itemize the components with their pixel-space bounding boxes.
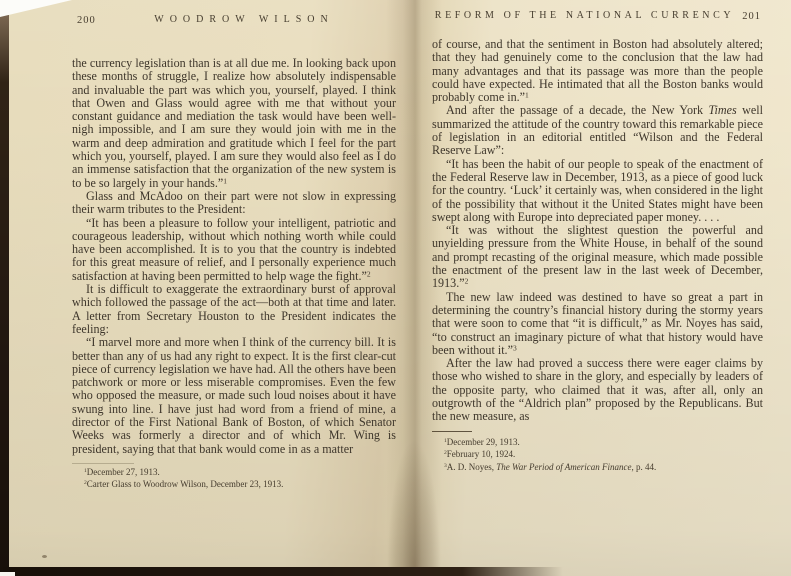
footnote: 3A. D. Noyes, The War Period of American… <box>432 461 763 474</box>
scan-corner-bottom-left <box>0 572 15 576</box>
right-page-footnotes: 1December 29, 1913. 2February 10, 1924. … <box>432 431 763 474</box>
paragraph: The new law indeed was destined to have … <box>432 291 763 357</box>
right-page-header: REFORM OF THE NATIONAL CURRENCY 201 <box>432 10 763 34</box>
footnote: 2February 10, 1924. <box>432 448 763 461</box>
paper-speck <box>42 555 47 558</box>
book-cover-edge-left <box>0 15 9 576</box>
paragraph: Glass and McAdoo on their part were not … <box>72 190 396 217</box>
paragraph: After the law had proved a success there… <box>432 357 763 423</box>
paragraph: And after the passage of a decade, the N… <box>432 104 763 157</box>
right-page-body: of course, and that the sentiment in Bos… <box>432 38 763 424</box>
left-page-number: 200 <box>77 15 96 26</box>
paragraph: It is difficult to exaggerate the extrao… <box>72 283 396 336</box>
left-page-footnotes: 1December 27, 1913. 2Carter Glass to Woo… <box>72 463 396 491</box>
gutter-shadow <box>386 0 442 576</box>
paragraph: the currency legislation than is at all … <box>72 57 396 190</box>
right-page: REFORM OF THE NATIONAL CURRENCY 201 of c… <box>432 10 763 473</box>
footnote: 2Carter Glass to Woodrow Wilson, Decembe… <box>72 478 396 491</box>
paragraph: “It has been a pleasure to follow your i… <box>72 217 396 283</box>
right-page-number: 201 <box>742 11 761 22</box>
book-scan: 200 WOODROW WILSON the currency legislat… <box>0 0 791 576</box>
right-running-head: REFORM OF THE NATIONAL CURRENCY <box>432 10 763 21</box>
paragraph: “I marvel more and more when I think of … <box>72 336 396 456</box>
paragraph: of course, and that the sentiment in Bos… <box>432 38 763 104</box>
book-cover-edge-bottom <box>3 567 563 576</box>
footnote-separator <box>72 463 134 464</box>
paragraph: “It has been the habit of our people to … <box>432 158 763 224</box>
footnote: 1December 29, 1913. <box>432 436 763 449</box>
scan-corner-top-left <box>0 0 72 17</box>
left-running-head: WOODROW WILSON <box>72 14 396 25</box>
paragraph: “It was without the slightest question t… <box>432 224 763 290</box>
left-page-header: 200 WOODROW WILSON <box>72 14 396 38</box>
footnote: 1December 27, 1913. <box>72 466 396 479</box>
left-page-body: the currency legislation than is at all … <box>72 57 396 456</box>
left-page: 200 WOODROW WILSON the currency legislat… <box>72 14 396 491</box>
